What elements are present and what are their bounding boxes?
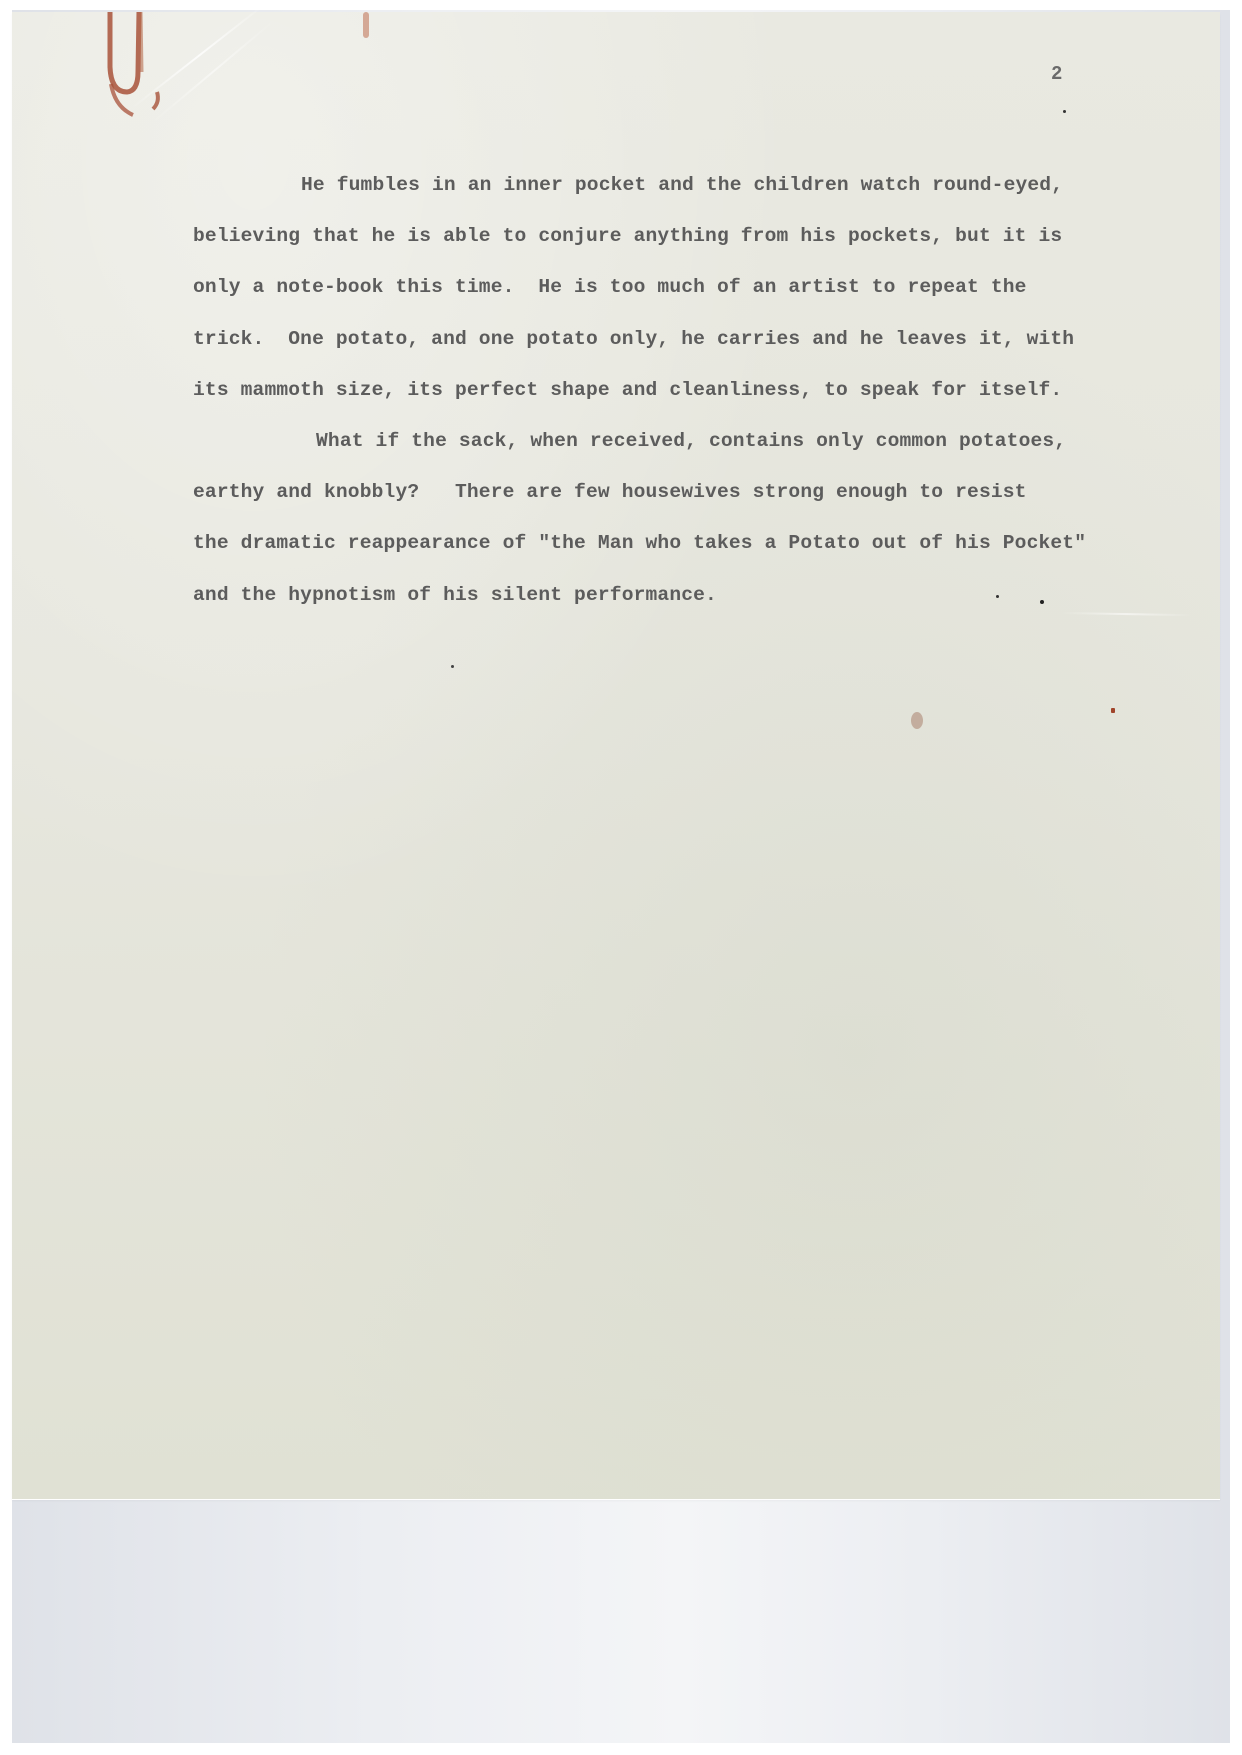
text-line: What if the sack, when received, contain… [193, 416, 1153, 467]
text-line: and the hypnotism of his silent performa… [193, 570, 1153, 621]
paragraph-2: What if the sack, when received, contain… [193, 416, 1153, 621]
typed-text-body: He fumbles in an inner pocket and the ch… [193, 160, 1153, 621]
page-number: 2 [1051, 63, 1062, 85]
text-line: the dramatic reappearance of "the Man wh… [193, 518, 1153, 569]
ink-speck [451, 665, 454, 668]
text-line: trick. One potato, and one potato only, … [193, 314, 1153, 365]
text-line: its mammoth size, its perfect shape and … [193, 365, 1153, 416]
rust-speck [1111, 708, 1115, 713]
rust-paperclip-stain [105, 12, 165, 122]
paper-blemish [911, 712, 923, 729]
paper-crease [151, 19, 275, 123]
text-line: only a note-book this time. He is too mu… [193, 262, 1153, 313]
text-line: believing that he is able to conjure any… [193, 211, 1153, 262]
text-line: earthy and knobbly? There are few housew… [193, 467, 1153, 518]
rust-stain-mark [363, 12, 369, 38]
text-line: He fumbles in an inner pocket and the ch… [193, 160, 1153, 211]
ink-speck [1063, 110, 1066, 113]
paragraph-1: He fumbles in an inner pocket and the ch… [193, 160, 1153, 416]
